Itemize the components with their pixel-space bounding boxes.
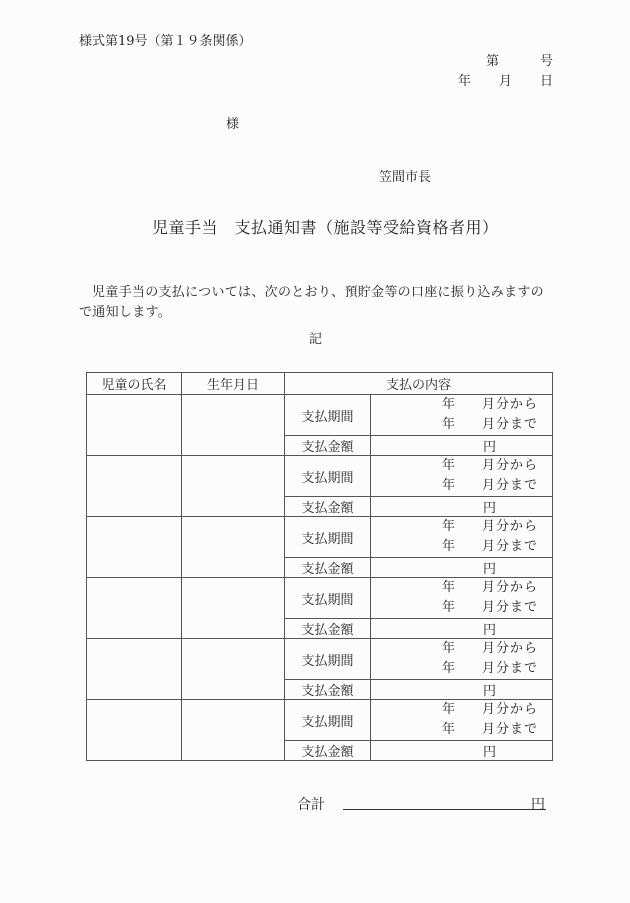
amount-label: 支払金額 [285, 680, 371, 700]
period-from-line: 年月分から [371, 700, 552, 720]
period-label: 支払期間 [285, 517, 371, 558]
table-header-row: 児童の氏名 生年月日 支払の内容 [87, 373, 553, 395]
doc-number-suffix: 号 [540, 54, 553, 70]
child-name-cell[interactable] [87, 456, 182, 517]
table-row-period: 支払期間年月分から年月分まで [87, 517, 553, 558]
issuer-name: 笠間市長 [379, 170, 431, 186]
document-title: 児童手当 支払通知書（施設等受給資格者用） [152, 218, 499, 238]
from-month-label: 月分から [482, 700, 538, 720]
header-payment-content: 支払の内容 [285, 373, 553, 395]
period-label: 支払期間 [285, 456, 371, 497]
birthdate-cell[interactable] [182, 517, 285, 578]
from-month-label: 月分から [482, 578, 538, 598]
to-year-label: 年 [442, 720, 455, 740]
to-year-label: 年 [442, 598, 455, 618]
amount-label: 支払金額 [285, 558, 371, 578]
from-year-label: 年 [442, 639, 455, 659]
amount-label: 支払金額 [285, 497, 371, 517]
period-from-line: 年月分から [371, 578, 552, 598]
total-amount-field[interactable] [343, 809, 546, 810]
birthdate-cell[interactable] [182, 639, 285, 700]
period-dates-cell[interactable]: 年月分から年月分まで [371, 639, 553, 680]
period-to-line: 年月分まで [371, 476, 552, 496]
to-month-label: 月分まで [482, 537, 538, 557]
ki-heading: 記 [309, 332, 322, 348]
table-row-period: 支払期間年月分から年月分まで [87, 639, 553, 680]
period-to-line: 年月分まで [371, 659, 552, 679]
amount-cell[interactable]: 円 [371, 497, 553, 517]
child-name-cell[interactable] [87, 639, 182, 700]
amount-cell[interactable]: 円 [371, 680, 553, 700]
from-year-label: 年 [442, 395, 455, 415]
to-month-label: 月分まで [482, 598, 538, 618]
total-unit: 円 [531, 794, 545, 814]
child-name-cell[interactable] [87, 578, 182, 639]
from-month-label: 月分から [482, 639, 538, 659]
to-year-label: 年 [442, 476, 455, 496]
to-year-label: 年 [442, 415, 455, 435]
body-text: 児童手当の支払については、次のとおり、預貯金等の口座に振り込みますので通知します… [79, 283, 554, 323]
from-month-label: 月分から [482, 517, 538, 537]
period-to-line: 年月分まで [371, 415, 552, 435]
amount-cell[interactable]: 円 [371, 558, 553, 578]
from-year-label: 年 [442, 700, 455, 720]
period-dates-cell[interactable]: 年月分から年月分まで [371, 700, 553, 741]
period-from-line: 年月分から [371, 395, 552, 415]
period-dates-cell[interactable]: 年月分から年月分まで [371, 517, 553, 558]
to-month-label: 月分まで [482, 476, 538, 496]
amount-cell[interactable]: 円 [371, 619, 553, 639]
amount-label: 支払金額 [285, 741, 371, 761]
table-row-period: 支払期間年月分から年月分まで [87, 395, 553, 436]
to-year-label: 年 [442, 537, 455, 557]
period-label: 支払期間 [285, 395, 371, 436]
period-to-line: 年月分まで [371, 537, 552, 557]
child-name-cell[interactable] [87, 517, 182, 578]
child-name-cell[interactable] [87, 700, 182, 761]
form-number: 様式第19号（第１９条関係） [79, 34, 252, 50]
table-row-period: 支払期間年月分から年月分まで [87, 578, 553, 619]
birthdate-cell[interactable] [182, 700, 285, 761]
header-birthdate: 生年月日 [182, 373, 285, 395]
birthdate-cell[interactable] [182, 578, 285, 639]
period-to-line: 年月分まで [371, 598, 552, 618]
period-label: 支払期間 [285, 700, 371, 741]
from-year-label: 年 [442, 456, 455, 476]
from-month-label: 月分から [482, 395, 538, 415]
birthdate-cell[interactable] [182, 456, 285, 517]
period-to-line: 年月分まで [371, 720, 552, 740]
from-year-label: 年 [442, 517, 455, 537]
recipient-honorific: 様 [226, 117, 239, 133]
total-label: 合計 [297, 794, 325, 814]
period-dates-cell[interactable]: 年月分から年月分まで [371, 456, 553, 497]
date-day-label: 日 [540, 74, 553, 90]
period-from-line: 年月分から [371, 517, 552, 537]
payment-table: 児童の氏名 生年月日 支払の内容 支払期間年月分から年月分まで支払金額円支払期間… [86, 372, 553, 761]
period-label: 支払期間 [285, 639, 371, 680]
amount-label: 支払金額 [285, 436, 371, 456]
period-dates-cell[interactable]: 年月分から年月分まで [371, 578, 553, 619]
doc-number-prefix: 第 [486, 54, 499, 70]
table-row-period: 支払期間年月分から年月分まで [87, 700, 553, 741]
date-month-label: 月 [499, 74, 512, 90]
to-month-label: 月分まで [482, 659, 538, 679]
to-month-label: 月分まで [482, 415, 538, 435]
period-dates-cell[interactable]: 年月分から年月分まで [371, 395, 553, 436]
to-month-label: 月分まで [482, 720, 538, 740]
birthdate-cell[interactable] [182, 395, 285, 456]
amount-cell[interactable]: 円 [371, 741, 553, 761]
period-from-line: 年月分から [371, 456, 552, 476]
date-year-label: 年 [458, 74, 471, 90]
amount-cell[interactable]: 円 [371, 436, 553, 456]
to-year-label: 年 [442, 659, 455, 679]
table-row-period: 支払期間年月分から年月分まで [87, 456, 553, 497]
header-child-name: 児童の氏名 [87, 373, 182, 395]
child-name-cell[interactable] [87, 395, 182, 456]
from-year-label: 年 [442, 578, 455, 598]
from-month-label: 月分から [482, 456, 538, 476]
period-label: 支払期間 [285, 578, 371, 619]
period-from-line: 年月分から [371, 639, 552, 659]
amount-label: 支払金額 [285, 619, 371, 639]
